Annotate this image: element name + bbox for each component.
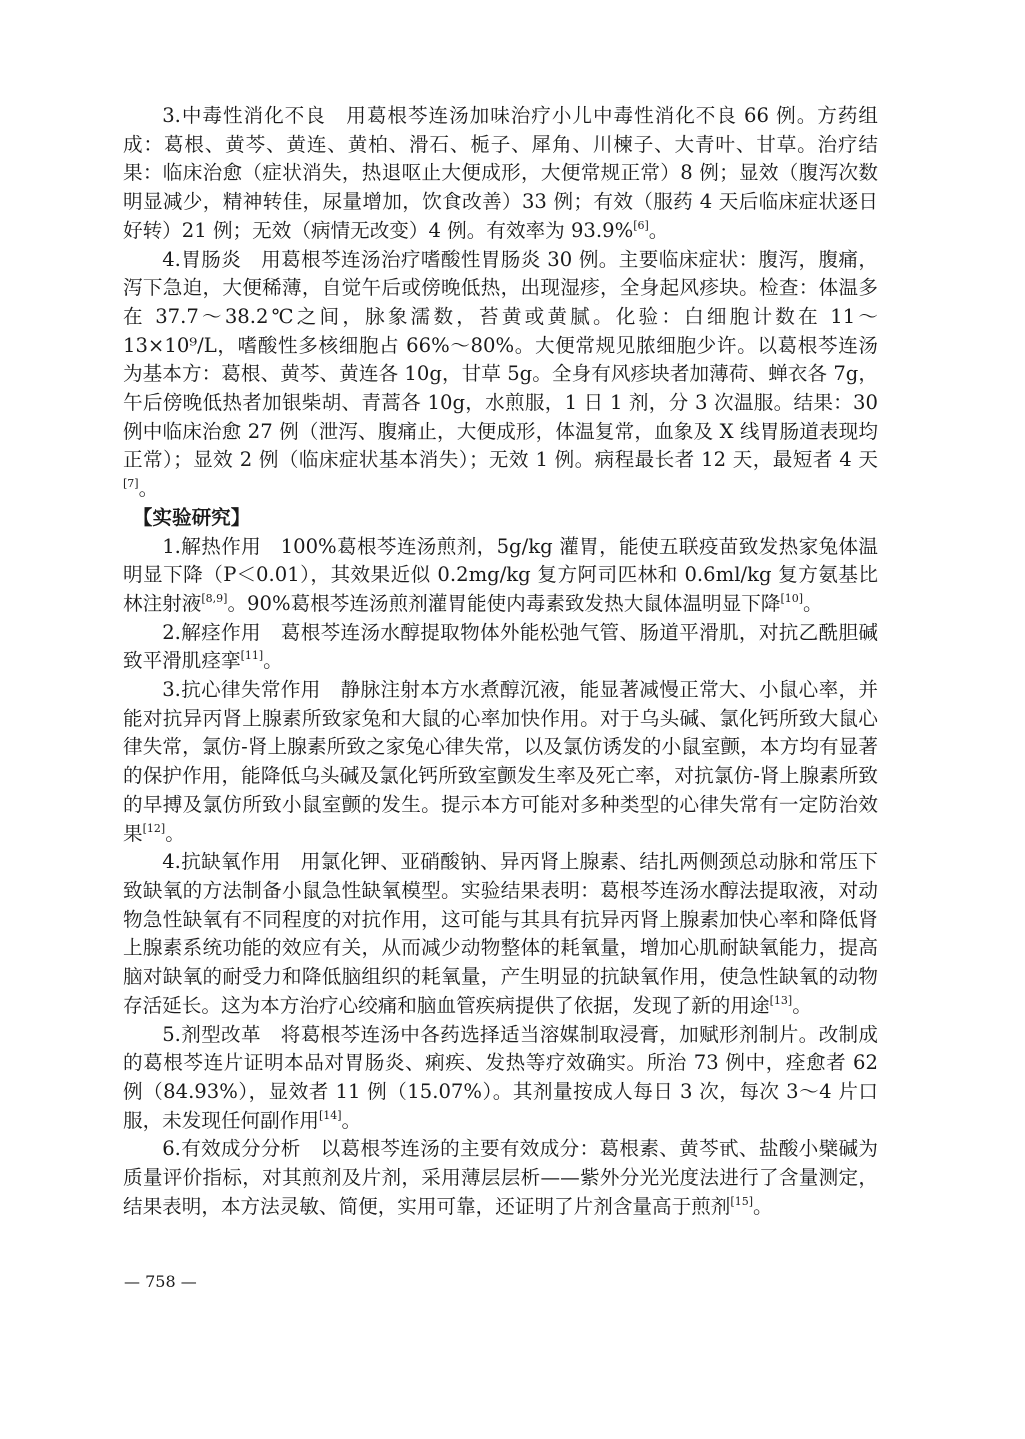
item-title: 剂型改革 [181,1023,261,1046]
paragraph-dosage-form-reform: 5.剂型改革将葛根芩连汤中各药选择适当溶媒制取浸膏，加赋形剂制片。改制成的葛根芩… [123,1021,878,1136]
citation-ref: [12] [143,822,166,835]
paragraph-toxic-dyspepsia: 3.中毒性消化不良用葛根芩连汤加味治疗小儿中毒性消化不良 66 例。方药组成：葛… [123,102,878,246]
citation-ref: [15] [730,1195,753,1208]
item-number: 5. [162,1023,181,1046]
item-title: 解痉作用 [181,621,261,644]
item-number: 2. [162,621,181,644]
item-title: 抗缺氧作用 [181,850,281,873]
citation-ref: [13] [770,994,793,1007]
item-title: 抗心律失常作用 [181,678,321,701]
item-number: 4. [162,850,181,873]
item-number: 4. [162,248,181,271]
item-number: 3. [162,678,181,701]
citation-ref: [14] [319,1109,342,1122]
item-body-cont: 。90%葛根芩连汤煎剂灌胃能使内毒素致发热大鼠体温明显下降 [227,592,780,615]
citation-ref: [6] [633,219,649,232]
citation-ref: [7] [123,477,139,490]
item-body: 静脉注射本方水煮醇沉液，能显著减慢正常大、小鼠心率，并能对抗异丙肾上腺素所致家兔… [123,678,878,845]
item-number: 1. [162,535,181,558]
item-title: 有效成分分析 [181,1137,301,1160]
item-body: 用葛根芩连汤治疗嗜酸性胃肠炎 30 例。主要临床症状：腹泻，腹痛，泻下急迫，大便… [123,248,878,472]
item-title: 解热作用 [181,535,261,558]
paragraph-anti-hypoxia: 4.抗缺氧作用用氯化钾、亚硝酸钠、异丙肾上腺素、结扎两侧颈总动脉和常压下致缺氧的… [123,848,878,1020]
section-heading-experimental: 【实验研究】 [123,504,878,533]
paragraph-antiarrhythmic: 3.抗心律失常作用静脉注射本方水煮醇沉液，能显著减慢正常大、小鼠心率，并能对抗异… [123,676,878,848]
page-body: 3.中毒性消化不良用葛根芩连汤加味治疗小儿中毒性消化不良 66 例。方药组成：葛… [123,102,878,1221]
paragraph-antipyretic: 1.解热作用100%葛根芩连汤煎剂，5g/kg 灌胃，能使五联疫苗致发热家兔体温… [123,533,878,619]
paragraph-antispasmodic: 2.解痉作用葛根芩连汤水醇提取物体外能松弛气管、肠道平滑肌，对抗乙酰胆碱致平滑肌… [123,619,878,676]
item-title: 中毒性消化不良 [181,104,326,127]
citation-ref: [11] [241,649,264,662]
citation-ref: [10] [780,592,803,605]
item-number: 6. [162,1137,181,1160]
citation-ref: [8,9] [201,592,227,605]
page-number: — 758 — [124,1272,197,1291]
paragraph-active-ingredient-analysis: 6.有效成分分析以葛根芩连汤的主要有效成分：葛根素、黄芩甙、盐酸小檗碱为质量评价… [123,1135,878,1221]
item-title: 胃肠炎 [181,248,241,271]
item-number: 3. [162,104,181,127]
paragraph-gastroenteritis: 4.胃肠炎用葛根芩连汤治疗嗜酸性胃肠炎 30 例。主要临床症状：腹泻，腹痛，泻下… [123,246,878,504]
item-body: 用氯化钾、亚硝酸钠、异丙肾上腺素、结扎两侧颈总动脉和常压下致缺氧的方法制备小鼠急… [123,850,878,1017]
